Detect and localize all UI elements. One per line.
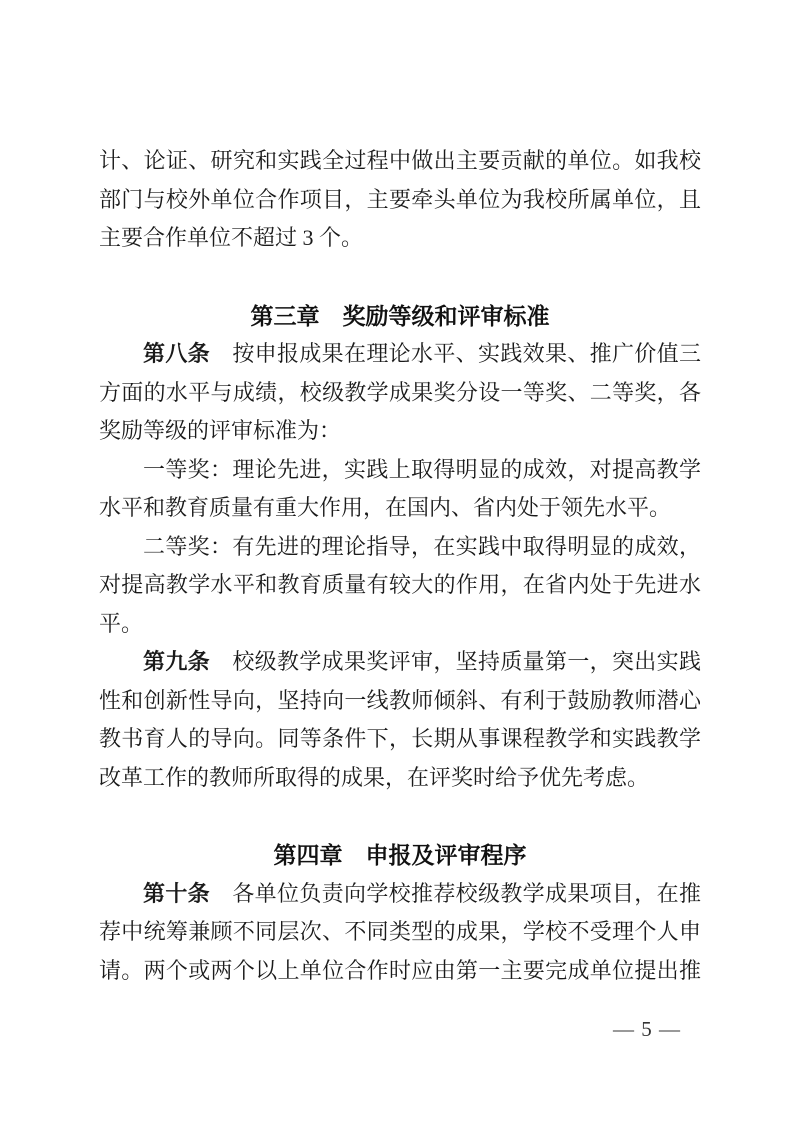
text-line: 请。两个或两个以上单位合作时应由第一主要完成单位提出推 (99, 952, 701, 991)
text-line: 平。 (99, 605, 701, 644)
text-line: 教书育人的导向。同等条件下，长期从事课程教学和实践教学 (99, 720, 701, 759)
text-segment: 校级教学成果奖评审，坚持质量第一，突出实践 (210, 649, 701, 674)
text-line: 第八条 按申报成果在理论水平、实践效果、推广价值三 (99, 335, 701, 374)
paragraph: 第十条 各单位负责向学校推荐校级教学成果项目，在推荐中统筹兼顾不同层次、不同类型… (99, 875, 701, 991)
text-segment: 部门与校外单位合作项目，主要牵头单位为我校所属单位，且 (99, 187, 701, 212)
text-segment: 教书育人的导向。同等条件下，长期从事课程教学和实践教学 (99, 726, 701, 751)
text-segment: 对提高教学水平和教育质量有较大的作用，在省内处于先进水 (99, 572, 701, 597)
text-segment: 二等奖：有先进的理论指导，在实践中取得明显的成效， (143, 534, 701, 559)
text-segment: 平。 (99, 611, 143, 636)
text-segment: 计、论证、研究和实践全过程中做出主要贡献的单位。如我校 (99, 148, 701, 173)
page-number: — 5 — (613, 1017, 681, 1041)
text-segment: 奖励等级的评审标准为： (99, 418, 341, 443)
text-segment: 改革工作的教师所取得的成果，在评奖时给予优先考虑。 (99, 765, 649, 790)
document-content: 计、论证、研究和实践全过程中做出主要贡献的单位。如我校部门与校外单位合作项目，主… (99, 142, 701, 990)
text-line: 对提高教学水平和教育质量有较大的作用，在省内处于先进水 (99, 566, 701, 605)
chapter-heading: 第三章 奖励等级和评审标准 (99, 297, 701, 336)
text-line: 第十条 各单位负责向学校推荐校级教学成果项目，在推 (99, 875, 701, 914)
text-line: 第九条 校级教学成果奖评审，坚持质量第一，突出实践 (99, 643, 701, 682)
text-line: 部门与校外单位合作项目，主要牵头单位为我校所属单位，且 (99, 181, 701, 220)
text-line: 一等奖：理论先进，实践上取得明显的成效，对提高教学 (99, 451, 701, 490)
text-line: 计、论证、研究和实践全过程中做出主要贡献的单位。如我校 (99, 142, 701, 181)
paragraph: 第八条 按申报成果在理论水平、实践效果、推广价值三方面的水平与成绩，校级教学成果… (99, 335, 701, 451)
article-number-label: 第九条 (143, 649, 210, 674)
text-line: 二等奖：有先进的理论指导，在实践中取得明显的成效， (99, 528, 701, 567)
text-segment: 方面的水平与成绩，校级教学成果奖分设一等奖、二等奖，各 (99, 380, 701, 405)
text-line: 改革工作的教师所取得的成果，在评奖时给予优先考虑。 (99, 759, 701, 798)
chapter-heading: 第四章 申报及评审程序 (99, 836, 701, 875)
text-line: 方面的水平与成绩，校级教学成果奖分设一等奖、二等奖，各 (99, 374, 701, 413)
document-page: 计、论证、研究和实践全过程中做出主要贡献的单位。如我校部门与校外单位合作项目，主… (0, 0, 793, 1122)
article-number-label: 第八条 (143, 341, 210, 366)
text-line: 主要合作单位不超过 3 个。 (99, 219, 701, 258)
article-number-label: 第十条 (143, 881, 210, 906)
text-segment: 请。两个或两个以上单位合作时应由第一主要完成单位提出推 (99, 958, 701, 983)
text-line: 奖励等级的评审标准为： (99, 412, 701, 451)
text-segment: 荐中统筹兼顾不同层次、不同类型的成果，学校不受理个人申 (99, 919, 701, 944)
text-segment: 按申报成果在理论水平、实践效果、推广价值三 (210, 341, 701, 366)
text-segment: 主要合作单位不超过 3 个。 (99, 225, 363, 250)
text-segment: 水平和教育质量有重大作用，在国内、省内处于领先水平。 (99, 495, 671, 520)
paragraph: 第九条 校级教学成果奖评审，坚持质量第一，突出实践性和创新性导向，坚持向一线教师… (99, 643, 701, 797)
text-segment: 性和创新性导向，坚持向一线教师倾斜、有利于鼓励教师潜心 (99, 688, 701, 713)
paragraph: 计、论证、研究和实践全过程中做出主要贡献的单位。如我校部门与校外单位合作项目，主… (99, 142, 701, 258)
text-segment: 各单位负责向学校推荐校级教学成果项目，在推 (210, 881, 701, 906)
text-line: 性和创新性导向，坚持向一线教师倾斜、有利于鼓励教师潜心 (99, 682, 701, 721)
paragraph: 一等奖：理论先进，实践上取得明显的成效，对提高教学水平和教育质量有重大作用，在国… (99, 451, 701, 528)
text-line: 荐中统筹兼顾不同层次、不同类型的成果，学校不受理个人申 (99, 913, 701, 952)
paragraph: 二等奖：有先进的理论指导，在实践中取得明显的成效，对提高教学水平和教育质量有较大… (99, 528, 701, 644)
page-footer: — 5 — (588, 990, 681, 1068)
text-segment: 一等奖：理论先进，实践上取得明显的成效，对提高教学 (143, 457, 701, 482)
text-line: 水平和教育质量有重大作用，在国内、省内处于领先水平。 (99, 489, 701, 528)
